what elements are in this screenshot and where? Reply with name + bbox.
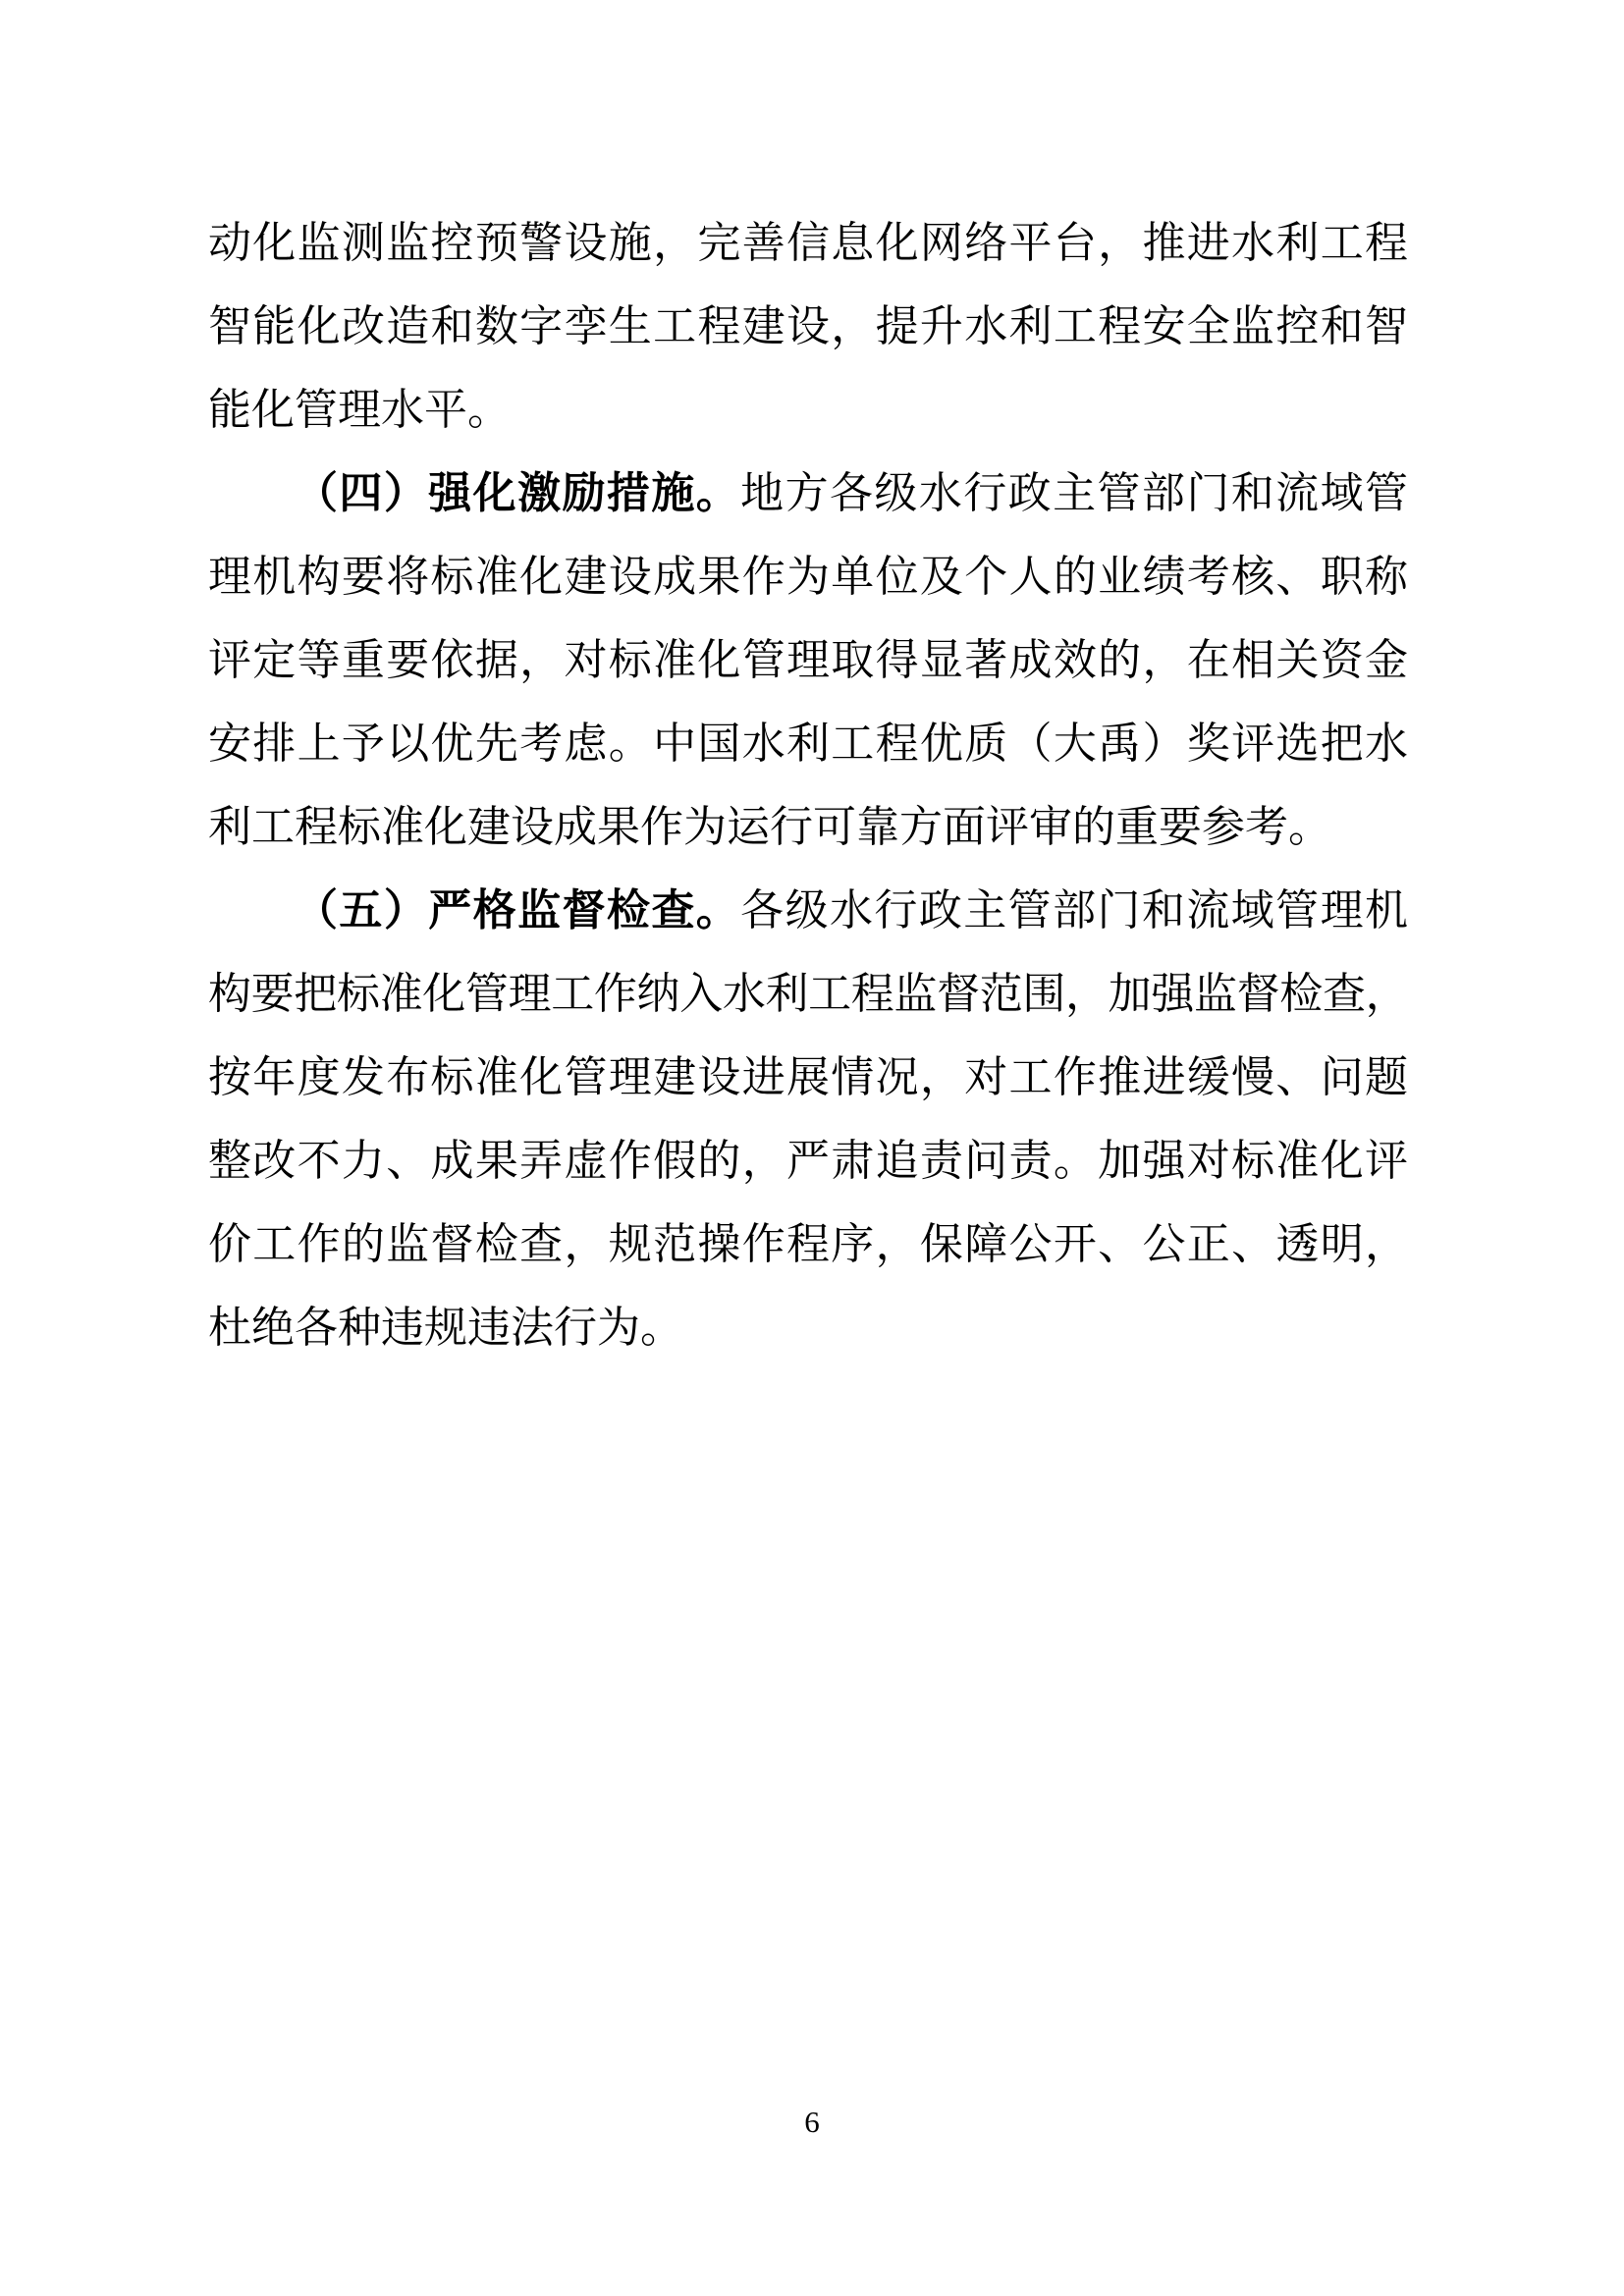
paragraph-text: 能化管理水平。 [208, 386, 511, 434]
text-line: 动化监测监控预警设施，完善信息化网络平台，推进水利工程 [208, 201, 1408, 285]
paragraph-text: 安排上予以优先考虑。中国水利工程优质（大禹）奖评选把水 [208, 720, 1408, 768]
text-line: 整改不力、成果弄虚作假的，严肃追责问责。加强对标准化评 [208, 1119, 1408, 1202]
text-line: 杜绝各种违规违法行为。 [208, 1286, 1408, 1369]
paragraph-text: 构要把标准化管理工作纳入水利工程监督范围，加强监督检查， [208, 970, 1408, 1018]
section-heading-five: （五）严格监督检查。 [295, 886, 740, 934]
paragraph-text: 杜绝各种违规违法行为。 [208, 1304, 683, 1352]
paragraph-text: 按年度发布标准化管理建设进展情况，对工作推进缓慢、问题 [208, 1053, 1408, 1101]
section-heading-four: （四）强化激励措施。 [295, 469, 740, 517]
paragraph-text: 利工程标准化建设成果作为运行可靠方面评审的重要参考。 [208, 803, 1331, 851]
text-line: 构要把标准化管理工作纳入水利工程监督范围，加强监督检查， [208, 952, 1408, 1036]
paragraph-text: 智能化改造和数字孪生工程建设，提升水利工程安全监控和智 [208, 302, 1408, 350]
text-line: 能化管理水平。 [208, 368, 1408, 452]
paragraph-text: 价工作的监督检查，规范操作程序，保障公开、公正、透明， [208, 1220, 1408, 1268]
text-line: （五）严格监督检查。各级水行政主管部门和流域管理机 [208, 869, 1408, 952]
text-line: 评定等重要依据，对标准化管理取得显著成效的，在相关资金 [208, 618, 1408, 702]
text-line: 价工作的监督检查，规范操作程序，保障公开、公正、透明， [208, 1202, 1408, 1286]
page-number: 6 [0, 2103, 1624, 2142]
text-line: 安排上予以优先考虑。中国水利工程优质（大禹）奖评选把水 [208, 702, 1408, 785]
text-line: 智能化改造和数字孪生工程建设，提升水利工程安全监控和智 [208, 285, 1408, 368]
text-line: 理机构要将标准化建设成果作为单位及个人的业绩考核、职称 [208, 535, 1408, 618]
text-line: 利工程标准化建设成果作为运行可靠方面评审的重要参考。 [208, 785, 1408, 869]
body-text: 动化监测监控预警设施，完善信息化网络平台，推进水利工程 智能化改造和数字孪生工程… [208, 201, 1408, 1369]
paragraph-text: 理机构要将标准化建设成果作为单位及个人的业绩考核、职称 [208, 553, 1408, 601]
paragraph-text: 整改不力、成果弄虚作假的，严肃追责问责。加强对标准化评 [208, 1137, 1408, 1185]
paragraph-text: 地方各级水行政主管部门和流域管 [740, 469, 1408, 517]
text-line: （四）强化激励措施。地方各级水行政主管部门和流域管 [208, 452, 1408, 535]
paragraph-text: 各级水行政主管部门和流域管理机 [740, 886, 1408, 934]
paragraph-text: 评定等重要依据，对标准化管理取得显著成效的，在相关资金 [208, 636, 1408, 684]
paragraph-text: 动化监测监控预警设施，完善信息化网络平台，推进水利工程 [208, 219, 1408, 267]
document-page: 动化监测监控预警设施，完善信息化网络平台，推进水利工程 智能化改造和数字孪生工程… [0, 0, 1624, 2296]
text-line: 按年度发布标准化管理建设进展情况，对工作推进缓慢、问题 [208, 1036, 1408, 1119]
